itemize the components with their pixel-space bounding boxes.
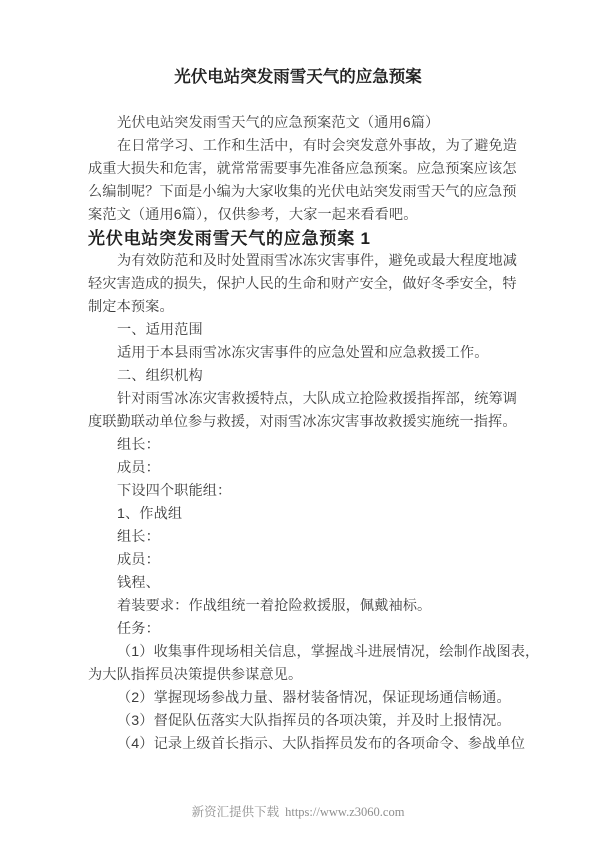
document-line: （1）收集事件现场相关信息，掌握战斗进展情况，绘制作战图表， bbox=[88, 641, 518, 664]
document-line: 1、作战组 bbox=[88, 503, 518, 526]
document-line: 为有效防范和及时处置雨雪冰冻灾害事件，避免或最大程度地减 bbox=[88, 250, 518, 273]
document-title: 光伏电站突发雨雪天气的应急预案 bbox=[86, 66, 510, 88]
document-line: 成员： bbox=[88, 549, 518, 572]
footer-site-name: 新资汇提供下载 bbox=[192, 805, 280, 819]
footer-url: https://www.z3060.com bbox=[285, 805, 404, 819]
document-line: 适用于本县雨雪冰冻灾害事件的应急处置和应急救援工作。 bbox=[88, 342, 518, 365]
document-line: 制定本预案。 bbox=[88, 296, 518, 319]
document-line: 在日常学习、工作和生活中，有时会突发意外事故，为了避免造 bbox=[88, 135, 518, 158]
document-line: 任务： bbox=[88, 618, 518, 641]
document-line: （2）掌握现场参战力量、器材装备情况，保证现场通信畅通。 bbox=[88, 687, 518, 710]
document-line: 组长： bbox=[88, 526, 518, 549]
document-line: 成员： bbox=[88, 457, 518, 480]
document-line: 光伏电站突发雨雪天气的应急预案范文（通用6篇） bbox=[88, 112, 518, 135]
document-line: 下设四个职能组： bbox=[88, 480, 518, 503]
document-page: 光伏电站突发雨雪天气的应急预案 光伏电站突发雨雪天气的应急预案范文（通用6篇）在… bbox=[0, 0, 596, 842]
document-line: 钱程、 bbox=[88, 572, 518, 595]
document-line: （4）记录上级首长指示、大队指挥员发布的各项命令、参战单位 bbox=[88, 733, 518, 756]
document-line: 针对雨雪冰冻灾害救援特点，大队成立抢险救援指挥部，统筹调 bbox=[88, 388, 518, 411]
document-line: 么编制呢？下面是小编为大家收集的光伏电站突发雨雪天气的应急预 bbox=[88, 181, 518, 204]
document-line: 组长： bbox=[88, 434, 518, 457]
document-line: （3）督促队伍落实大队指挥员的各项决策，并及时上报情况。 bbox=[88, 710, 518, 733]
document-line: 成重大损失和危害，就常常需要事先准备应急预案。应急预案应该怎 bbox=[88, 158, 518, 181]
document-line: 轻灾害造成的损失，保护人民的生命和财产安全，做好冬季安全，特 bbox=[88, 273, 518, 296]
page-footer: 新资汇提供下载https://www.z3060.com bbox=[0, 804, 596, 820]
document-line: 二、组织机构 bbox=[88, 365, 518, 388]
document-line: 度联勤联动单位参与救援，对雨雪冰冻灾害事故救援实施统一指挥。 bbox=[88, 411, 518, 434]
document-line: 为大队指挥员决策提供参谋意见。 bbox=[88, 664, 518, 687]
document-line: 光伏电站突发雨雪天气的应急预案 1 bbox=[88, 227, 518, 250]
document-body: 光伏电站突发雨雪天气的应急预案范文（通用6篇）在日常学习、工作和生活中，有时会突… bbox=[88, 112, 518, 756]
document-line: 一、适用范围 bbox=[88, 319, 518, 342]
document-line: 着装要求：作战组统一着抢险救援服，佩戴袖标。 bbox=[88, 595, 518, 618]
document-line: 案范文（通用6篇），仅供参考，大家一起来看看吧。 bbox=[88, 204, 518, 227]
